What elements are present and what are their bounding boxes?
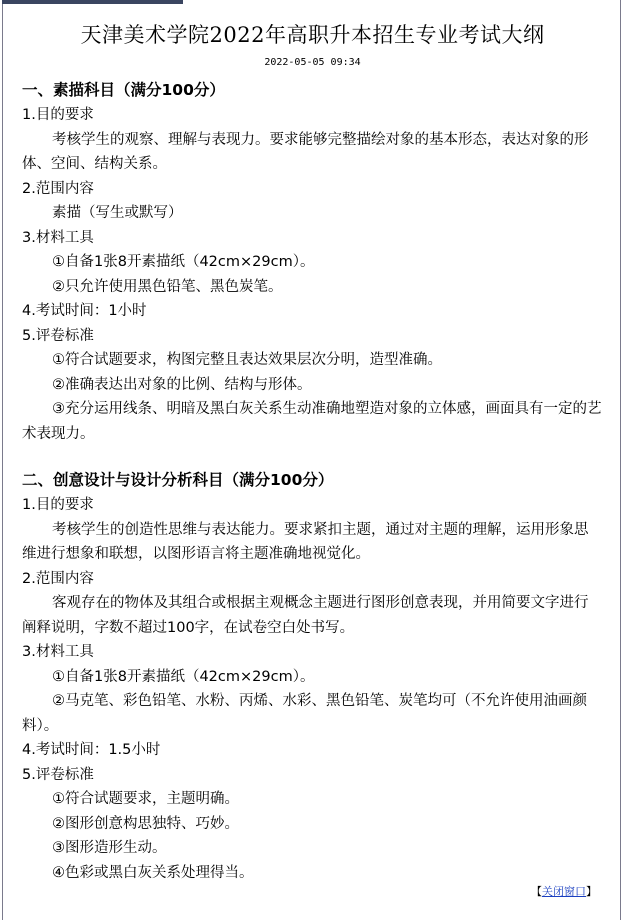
item-label: 4.考试时间：1.5小时 (22, 738, 602, 763)
item-text: 素描（写生或默写） (22, 201, 602, 226)
section-heading: 二、创意设计与设计分析科目（满分100分） (22, 468, 602, 493)
item-text: 考核学生的创造性思维与表达能力。要求紧扣主题，通过对主题的理解，运用形象思维进行… (22, 518, 602, 567)
item-line: ①自备1张8开素描纸（42cm×29cm）。 (22, 250, 602, 275)
top-bar (2, 0, 183, 4)
publish-date: 2022-05-05 09:34 (0, 56, 625, 70)
item-label: 2.范围内容 (22, 567, 602, 592)
item-line: ①自备1张8开素描纸（42cm×29cm）。 (22, 665, 602, 690)
item-label: 5.评卷标准 (22, 763, 602, 788)
item-text: 考核学生的观察、理解与表现力。要求能够完整描绘对象的基本形态，表达对象的形体、空… (22, 128, 602, 177)
bracket-left: 【 (531, 885, 542, 898)
item-label: 3.材料工具 (22, 226, 602, 251)
item-label: 4.考试时间：1小时 (22, 299, 602, 324)
page-title: 天津美术学院2022年高职升本招生专业考试大纲 (0, 20, 625, 50)
item-line: ③充分运用线条、明暗及黑白灰关系生动准确地塑造对象的立体感，画面具有一定的艺术表… (22, 397, 602, 446)
section-spacer (22, 446, 602, 468)
item-line: ②图形创意构思独特、巧妙。 (22, 812, 602, 837)
item-label: 2.范围内容 (22, 177, 602, 202)
close-window-row: 【关闭窗口】 (531, 884, 597, 900)
bracket-right: 】 (586, 885, 597, 898)
item-label: 5.评卷标准 (22, 324, 602, 349)
item-line: ②只允许使用黑色铅笔、黑色炭笔。 (22, 275, 602, 300)
item-line: ③图形造形生动。 (22, 836, 602, 861)
item-label: 1.目的要求 (22, 103, 602, 128)
item-text: 客观存在的物体及其组合或根据主观概念主题进行图形创意表现，并用简要文字进行阐释说… (22, 591, 602, 640)
item-line: ②马克笔、彩色铅笔、水粉、丙烯、水彩、黑色铅笔、炭笔均可（不允许使用油画颜料）。 (22, 689, 602, 738)
article-body: 一、素描科目（满分100分） 1.目的要求 考核学生的观察、理解与表现力。要求能… (22, 78, 602, 885)
item-line: ①符合试题要求，构图完整且表达效果层次分明，造型准确。 (22, 348, 602, 373)
item-label: 1.目的要求 (22, 493, 602, 518)
item-line: ①符合试题要求，主题明确。 (22, 787, 602, 812)
section-heading: 一、素描科目（满分100分） (22, 78, 602, 103)
close-window-link[interactable]: 关闭窗口 (542, 885, 586, 898)
item-label: 3.材料工具 (22, 640, 602, 665)
item-line: ②准确表达出对象的比例、结构与形体。 (22, 373, 602, 398)
item-line: ④色彩或黑白灰关系处理得当。 (22, 861, 602, 886)
